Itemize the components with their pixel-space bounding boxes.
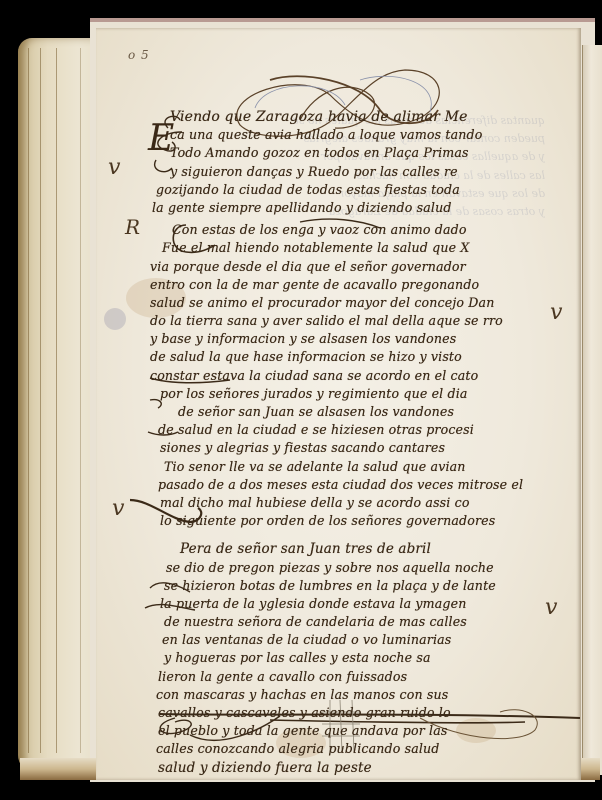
text-line: en las ventanas de la ciudad o vo lumina… (150, 631, 545, 649)
text-line: Tio senor lle va se adelante la salud qu… (150, 458, 545, 476)
text-line: y hogueras por las calles y esta noche s… (150, 649, 545, 667)
margin-mark-r: R (125, 215, 140, 239)
text-line: via porque desde el dia que el señor gov… (150, 258, 545, 276)
text-line: la gente siempre apellidando y diziendo … (152, 199, 545, 217)
text-line: Con estas de los enga y vaoz con animo d… (150, 221, 545, 239)
text-line: y siguieron danças y Ruedo por las calle… (170, 163, 545, 181)
text-line: lo siguiente por orden de los señores go… (150, 512, 545, 530)
right-page-edge (582, 45, 602, 775)
page-edge-line (56, 48, 57, 753)
text-line: ca una queste avia hallado a loque vamos… (170, 126, 545, 144)
text-line: gozijando la ciudad de todas estas fiest… (156, 181, 545, 199)
text-line: Fue el mal hiendo notablemente la salud … (150, 239, 545, 257)
text-line: Todo Amando gozoz en todos en Plaça Prim… (170, 144, 545, 162)
text-line: lieron la gente a cavallo con fuissados (150, 668, 545, 686)
ink-blot (104, 308, 126, 330)
text-line: calles conozcando alegria publicando sal… (150, 740, 545, 758)
text-line: el pueblo y toda la gente que andava por… (150, 722, 545, 740)
manuscript-text: Viendo que Zaragoza havia de alimar Me c… (150, 108, 545, 777)
text-line: Pera de señor san Juan tres de abril (150, 540, 545, 558)
paragraph: Pera de señor san Juan tres de abril se … (150, 540, 545, 776)
paragraph: de señor san Juan se alsasen los vandone… (150, 403, 545, 530)
folio-number: o 5 (128, 48, 150, 62)
text-line: de señor san Juan se alsasen los vandone… (150, 403, 545, 421)
text-line: de salud la que hase informacion se hizo… (150, 348, 545, 366)
text-line: entro con la de mar gente de acavallo pr… (150, 276, 545, 294)
text-line: con mascaras y hachas en las manos con s… (150, 686, 545, 704)
margin-mark-v: v (112, 496, 124, 521)
margin-mark-v: v (550, 300, 562, 325)
page-edge-line (40, 48, 41, 753)
margin-mark-v: v (108, 155, 120, 180)
text-line: mal dicho mal hubiese della y se acordo … (150, 494, 545, 512)
page-edge-line (80, 48, 81, 753)
paragraph: Con estas de los enga y vaoz con animo d… (150, 221, 545, 403)
text-line: y base y informacion y se alsasen los va… (150, 330, 545, 348)
manuscript-scan: o 5 quantas diferencias de cosas las qua… (0, 0, 602, 800)
text-line: de salud en la ciudad e se hiziesen otra… (150, 421, 545, 439)
text-line: siones y alegrias y fiestas sacando cant… (150, 439, 545, 457)
margin-mark-v: v (545, 595, 557, 620)
text-line: se dio de pregon piezas y sobre nos aque… (150, 559, 545, 577)
text-line: constar estava la ciudad sana se acordo … (150, 367, 545, 385)
text-line: cavallos y cascaveles y asiendo gran rui… (150, 704, 545, 722)
text-line: Viendo que Zaragoza havia de alimar Me (170, 108, 545, 126)
paragraph: Viendo que Zaragoza havia de alimar Me c… (150, 108, 545, 217)
text-line: se hizieron botas de lumbres en la plaça… (150, 577, 545, 595)
text-line: de nuestra señora de candelaria de mas c… (150, 613, 545, 631)
page-edge-line (28, 48, 29, 753)
text-line: la puerta de la yglesia donde estava la … (150, 595, 545, 613)
text-line: salud y diziendo fuera la peste (150, 759, 545, 777)
text-line: por los señores jurados y regimiento que… (150, 385, 545, 403)
text-line: pasado de a dos meses esta ciudad dos ve… (150, 476, 545, 494)
text-line: salud se animo el procurador mayor del c… (150, 294, 545, 312)
text-line: do la tierra sana y aver salido el mal d… (150, 312, 545, 330)
